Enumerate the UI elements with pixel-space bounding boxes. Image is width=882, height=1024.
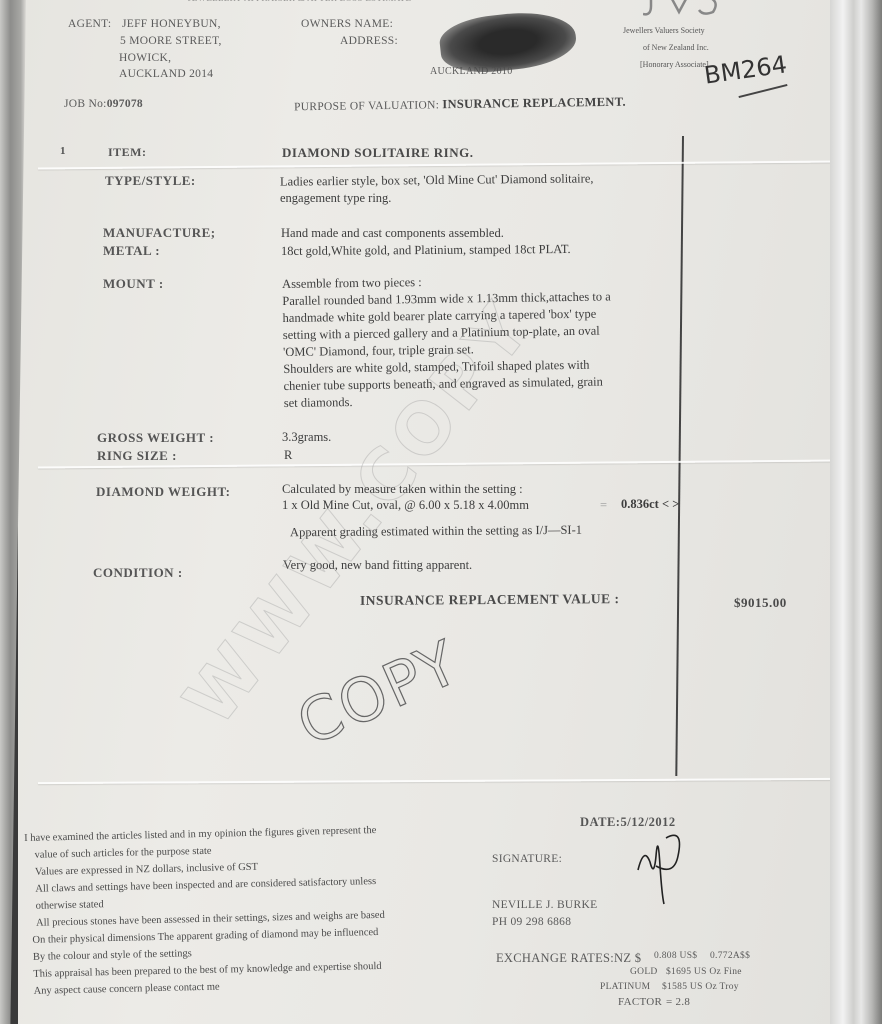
jvs-logo-icon bbox=[643, 0, 723, 20]
job-label: JOB No:097078 bbox=[64, 96, 143, 112]
signature-label: SIGNATURE: bbox=[492, 851, 562, 867]
agent-line-1: JEFF HONEYBUN, bbox=[122, 16, 221, 32]
handwritten-code: BM264 bbox=[702, 50, 788, 89]
mount-label: MOUNT : bbox=[103, 276, 164, 292]
purpose-value: INSURANCE REPLACEMENT. bbox=[442, 95, 626, 112]
appraisal-document: JEWELLERY APPRAISER & AFTER LOSS ESTIMAT… bbox=[18, 0, 838, 1024]
type-style-label: TYPE/STYLE: bbox=[105, 173, 196, 189]
type-line-2: engagement type ring. bbox=[280, 190, 391, 207]
diamond-weight-label: DIAMOND WEIGHT: bbox=[96, 484, 231, 500]
metal-label: METAL : bbox=[103, 243, 160, 259]
exchange-usd: 0.808 US$ bbox=[654, 948, 697, 964]
association-line-1: Jewellers Valuers Society bbox=[623, 24, 705, 37]
plastic-sleeve-edge bbox=[830, 0, 882, 1024]
association-line-2: of New Zealand Inc. bbox=[643, 41, 709, 54]
paper-fold bbox=[38, 161, 838, 170]
diamond-weight-equals: = bbox=[600, 497, 607, 514]
handwritten-underline bbox=[739, 84, 788, 98]
manufacture-value: Hand made and cast components assembled. bbox=[281, 225, 504, 242]
redacted-owner-block bbox=[437, 7, 578, 77]
item-label: ITEM: bbox=[108, 145, 147, 160]
top-caption: JEWELLERY APPRAISER & AFTER LOSS ESTIMAT… bbox=[188, 0, 411, 6]
disclaimer-block: I have examined the articles listed and … bbox=[24, 822, 387, 1000]
agent-line-4: AUCKLAND 2014 bbox=[119, 66, 213, 82]
insurance-value-amount: $9015.00 bbox=[734, 595, 787, 611]
ring-size-label: RING SIZE : bbox=[97, 448, 177, 464]
factor-label: FACTOR bbox=[618, 994, 662, 1010]
gold-value: $1695 US Oz Fine bbox=[666, 964, 742, 980]
purpose-line: PURPOSE OF VALUATION: INSURANCE REPLACEM… bbox=[294, 94, 626, 116]
gold-label: GOLD bbox=[630, 964, 658, 980]
signature-icon bbox=[636, 826, 686, 906]
ring-size-value: R bbox=[284, 447, 292, 464]
valuer-name: NEVILLE J. BURKE bbox=[492, 897, 597, 913]
association-line-3: [Honorary Associate] bbox=[640, 58, 709, 71]
agent-line-3: HOWICK, bbox=[119, 50, 171, 66]
owners-name-label: OWNERS NAME: bbox=[301, 16, 393, 32]
metal-value: 18ct gold,White gold, and Platinium, sta… bbox=[281, 241, 571, 260]
job-number: 097078 bbox=[107, 98, 143, 110]
gross-weight-label: GROSS WEIGHT : bbox=[97, 430, 214, 446]
diamond-carat-value: 0.836ct < > bbox=[621, 496, 679, 513]
value-column-divider bbox=[675, 136, 683, 776]
exchange-aud: 0.772A$$ bbox=[710, 948, 750, 964]
valuer-phone: PH 09 298 6868 bbox=[492, 914, 571, 930]
item-number: 1 bbox=[60, 145, 66, 157]
gross-weight-value: 3.3grams. bbox=[282, 429, 331, 446]
insurance-value-label: INSURANCE REPLACEMENT VALUE : bbox=[360, 591, 620, 609]
platinum-value: $1585 US Oz Troy bbox=[662, 979, 739, 995]
exchange-rates-label: EXCHANGE RATES:NZ $ bbox=[496, 950, 641, 966]
factor-value: = 2.8 bbox=[666, 994, 690, 1010]
address-label: ADDRESS: bbox=[340, 33, 398, 49]
type-line-1: Ladies earlier style, box set, 'Old Mine… bbox=[280, 170, 594, 190]
manufacture-label: MANUFACTURE; bbox=[103, 225, 216, 241]
platinum-label: PLATINUM bbox=[600, 979, 650, 995]
agent-label: AGENT: bbox=[68, 16, 111, 32]
agent-line-2: 5 MOORE STREET, bbox=[120, 33, 222, 49]
condition-label: CONDITION : bbox=[93, 565, 183, 581]
paper-fold bbox=[38, 778, 838, 784]
copy-stamp: COPY bbox=[288, 627, 471, 760]
item-value: DIAMOND SOLITAIRE RING. bbox=[282, 145, 473, 161]
